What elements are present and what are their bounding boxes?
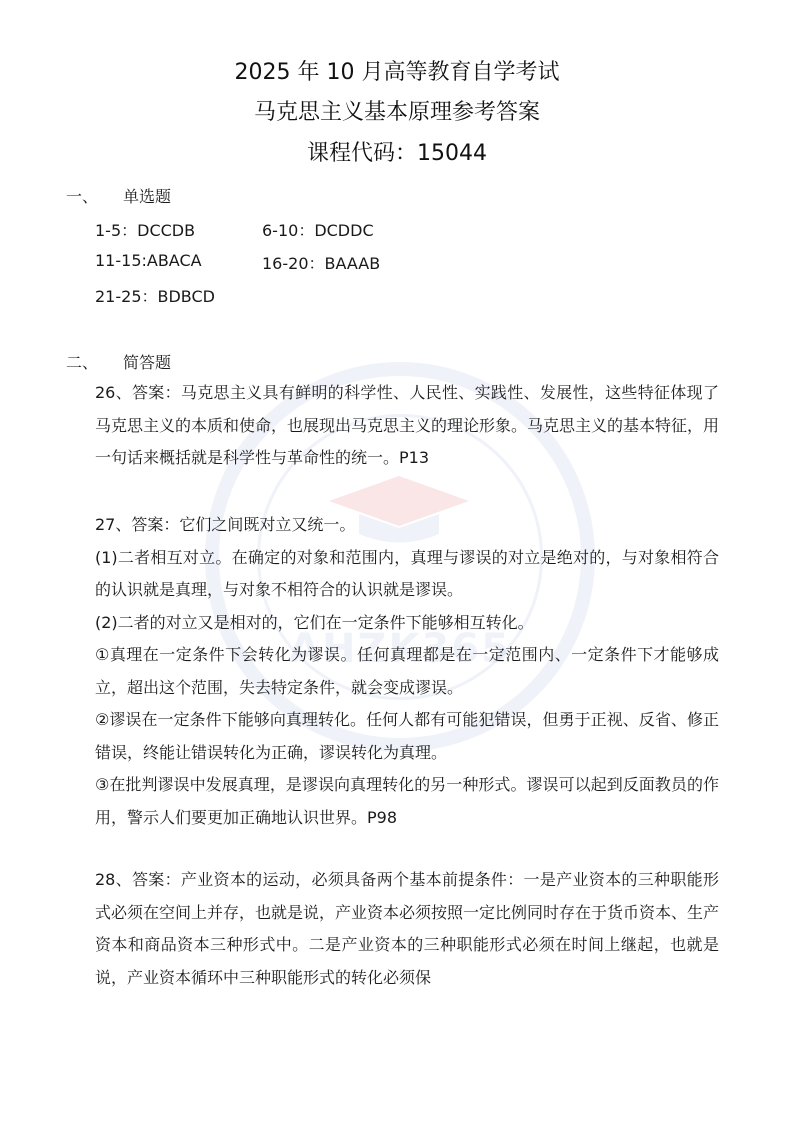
section-number: 一、	[66, 184, 123, 207]
section-heading-choice: 一、单选题	[66, 184, 171, 207]
subject-title: 马克思主义基本原理参考答案	[0, 95, 794, 126]
answer-paragraph: (2)二者的对立又是相对的，它们在一定条件下能够相互转化。	[95, 607, 719, 640]
answer-paragraph: ③在批判谬误中发展真理，是谬误向真理转化的另一种形式。谬误可以起到反面教员的作用…	[95, 769, 719, 834]
answer-paragraph: (1)二者相互对立。在确定的对象和范围内，真理与谬误的对立是绝对的，与对象相符合…	[95, 542, 719, 607]
answer-26: 26、答案：马克思主义具有鲜明的科学性、人民性、实践性、发展性，这些特征体现了马…	[95, 377, 719, 475]
answer-range: 11-15:ABACA	[95, 251, 202, 270]
section-title: 简答题	[123, 353, 171, 372]
answer-range: 6-10：DCDDC	[262, 218, 374, 241]
answer-range: 16-20：BAAAB	[262, 251, 380, 274]
answer-range: 21-25：BDBCD	[95, 284, 215, 307]
answer-paragraph: ①真理在一定条件下会转化为谬误。任何真理都是在一定范围内、一定条件下才能够成立，…	[95, 639, 719, 704]
answer-paragraph: ②谬误在一定条件下能够向真理转化。任何人都有可能犯错误，但勇于正视、反省、修正错…	[95, 704, 719, 769]
answer-paragraph: 27、答案：它们之间既对立又统一。	[95, 509, 719, 542]
exam-title: 2025 年 10 月高等教育自学考试	[0, 55, 794, 86]
answer-paragraph: 26、答案：马克思主义具有鲜明的科学性、人民性、实践性、发展性，这些特征体现了马…	[95, 377, 719, 475]
answer-27: 27、答案：它们之间既对立又统一。 (1)二者相互对立。在确定的对象和范围内，真…	[95, 509, 719, 834]
course-code: 课程代码：15044	[0, 136, 794, 167]
answer-range: 1-5：DCCDB	[95, 218, 195, 241]
section-number: 二、	[66, 350, 123, 373]
answer-28: 28、答案：产业资本的运动，必须具备两个基本前提条件：一是产业资本的三种职能形式…	[95, 864, 719, 994]
answer-paragraph: 28、答案：产业资本的运动，必须具备两个基本前提条件：一是产业资本的三种职能形式…	[95, 864, 719, 994]
section-heading-short-answer: 二、简答题	[66, 350, 171, 373]
section-title: 单选题	[123, 187, 171, 206]
